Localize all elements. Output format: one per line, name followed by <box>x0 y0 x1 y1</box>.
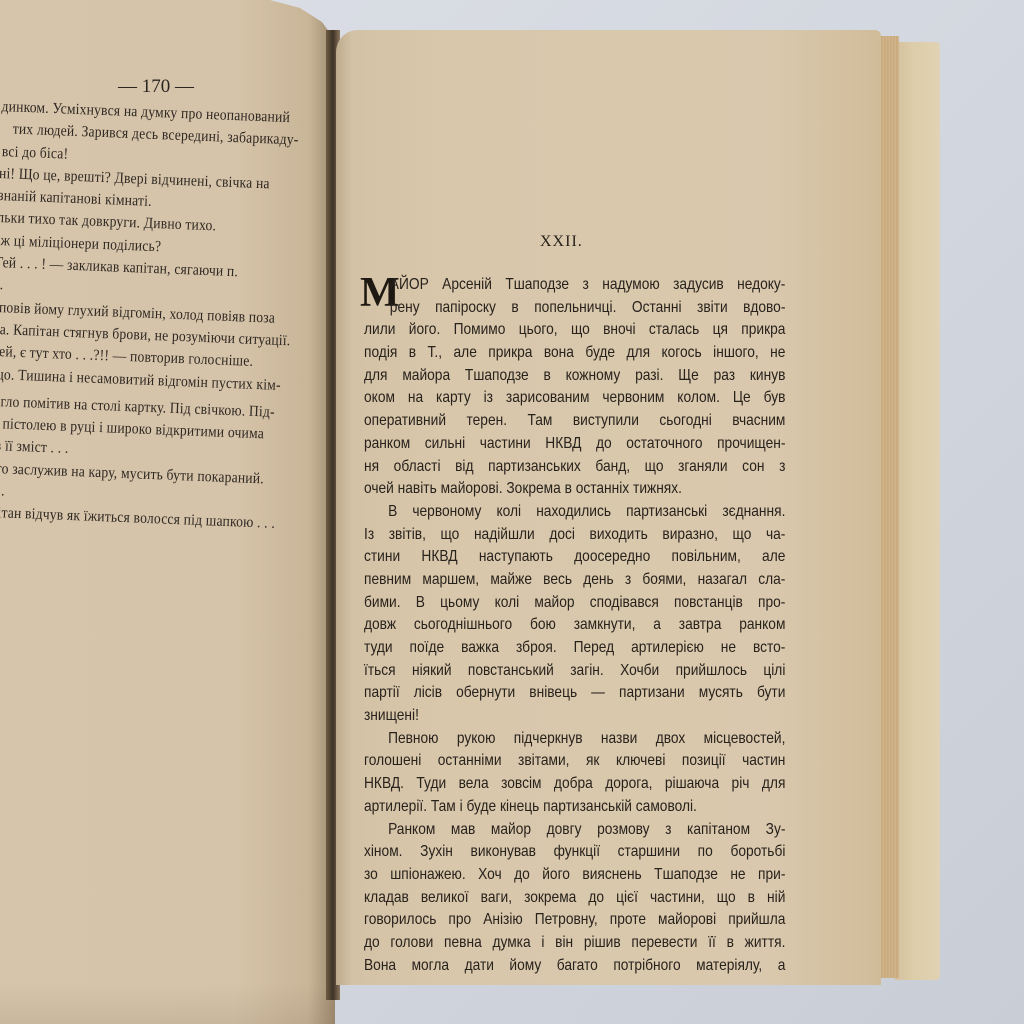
text-line: лили його. Помимо цього, що вночі сталас… <box>364 319 785 342</box>
left-page: — 170 — динком. Усміхнувся на думку про … <box>0 0 335 1024</box>
left-page-text: динком. Усміхнувся на думку про неопанов… <box>0 96 335 537</box>
text-line: кладав великої ваги, зокрема до цієї час… <box>364 887 785 910</box>
text-line: Із звітів, що надійшли досі виходить вир… <box>364 524 785 547</box>
page-shadow <box>0 984 335 1024</box>
text-line: стини НКВД наступають доосередно повільн… <box>364 546 785 569</box>
text-line: НКВД. Туди вела зовсім добра дорога, ріш… <box>364 773 785 796</box>
text-line: туди поїде важка зброя. Перед артилерією… <box>364 637 785 660</box>
text-line: хіном. Зухін виконував функції старшини … <box>364 841 785 864</box>
page-number: — 170 — <box>118 76 194 98</box>
text-line: подія в Т., але прикра вона буде для ког… <box>364 342 785 365</box>
text-line: ранком сильні частини НКВД до остаточног… <box>364 433 785 456</box>
text-line: АЙОР Арсеній Тшаподзе з надумою задусив … <box>364 274 785 297</box>
text-line: голошені останніми звітами, як ключеві п… <box>364 750 785 773</box>
text-line: говорилось про Анізію Петровну, проте ма… <box>364 909 785 932</box>
text-line: бими. В цьому колі майор сподівався повс… <box>364 592 785 615</box>
text-line: рену папіроску в попельничці. Останні зв… <box>364 297 785 320</box>
text-line: партії лісів обернути внівець — партизан… <box>364 682 785 705</box>
text-line: знищені! <box>364 705 785 728</box>
text-line: ня області від партизанських банд, що зг… <box>364 456 785 479</box>
chapter-heading: XXII. <box>540 233 583 251</box>
text-line: довж сьогоднішнього бою замкнути, а завт… <box>364 614 785 637</box>
text-line: артилерії. Там і буде кінець партизанськ… <box>364 796 785 819</box>
text-line: Вона могла дати йому багато потрібного м… <box>364 955 785 978</box>
text-line: Певною рукою підчеркнув назви двох місце… <box>364 728 785 751</box>
text-line: зо шпіонажею. Хоч до його вияснень Тшапо… <box>364 864 785 887</box>
text-line: для майора Тшаподзе в кожному разі. Ще р… <box>364 365 785 388</box>
text-line: Ранком мав майор довгу розмову з капітан… <box>364 819 785 842</box>
back-cover-edge <box>895 42 940 980</box>
text-line: В червоному колі находились партизанські… <box>364 501 785 524</box>
text-line: очей навіть майорові. Зокрема в останніх… <box>364 478 785 501</box>
text-line: до голови певна думка і він рішив переве… <box>364 932 785 955</box>
text-line: оком на карту із зарисованим червоним ко… <box>364 387 785 410</box>
text-line: їться ніякий повстанський загін. Хочби п… <box>364 660 785 683</box>
text-line: оперативний терен. Там виступили сьогодн… <box>364 410 785 433</box>
text-line: певним маршем, майже весь день з боями, … <box>364 569 785 592</box>
right-page-text: АЙОР Арсеній Тшаподзе з надумою задусив … <box>364 274 784 977</box>
